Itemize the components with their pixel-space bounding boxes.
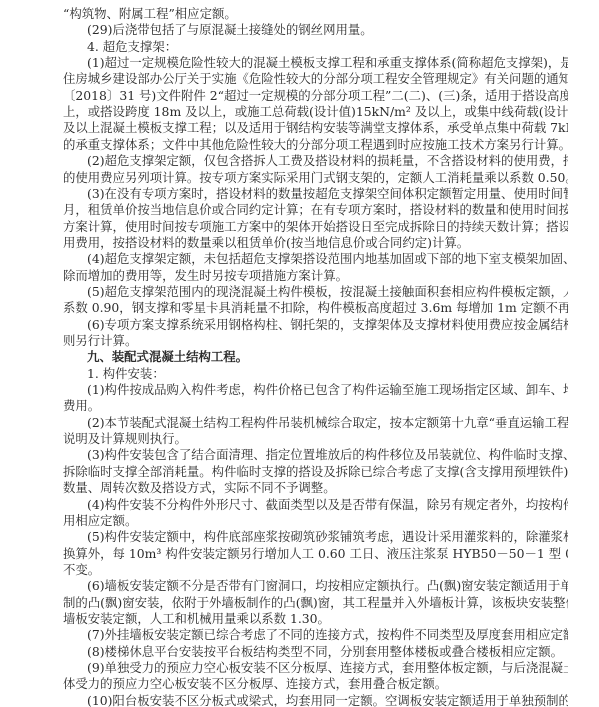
text-line: (10)阳台板安装不区分板式或梁式，均套用同一定额。空调板安装定额适用于单独预制… bbox=[87, 691, 568, 707]
document-page: “构筑物、附属工程”相应定额。(29)后浇带包括了与原混凝土接缝处的钢丝网用量。… bbox=[0, 0, 599, 707]
